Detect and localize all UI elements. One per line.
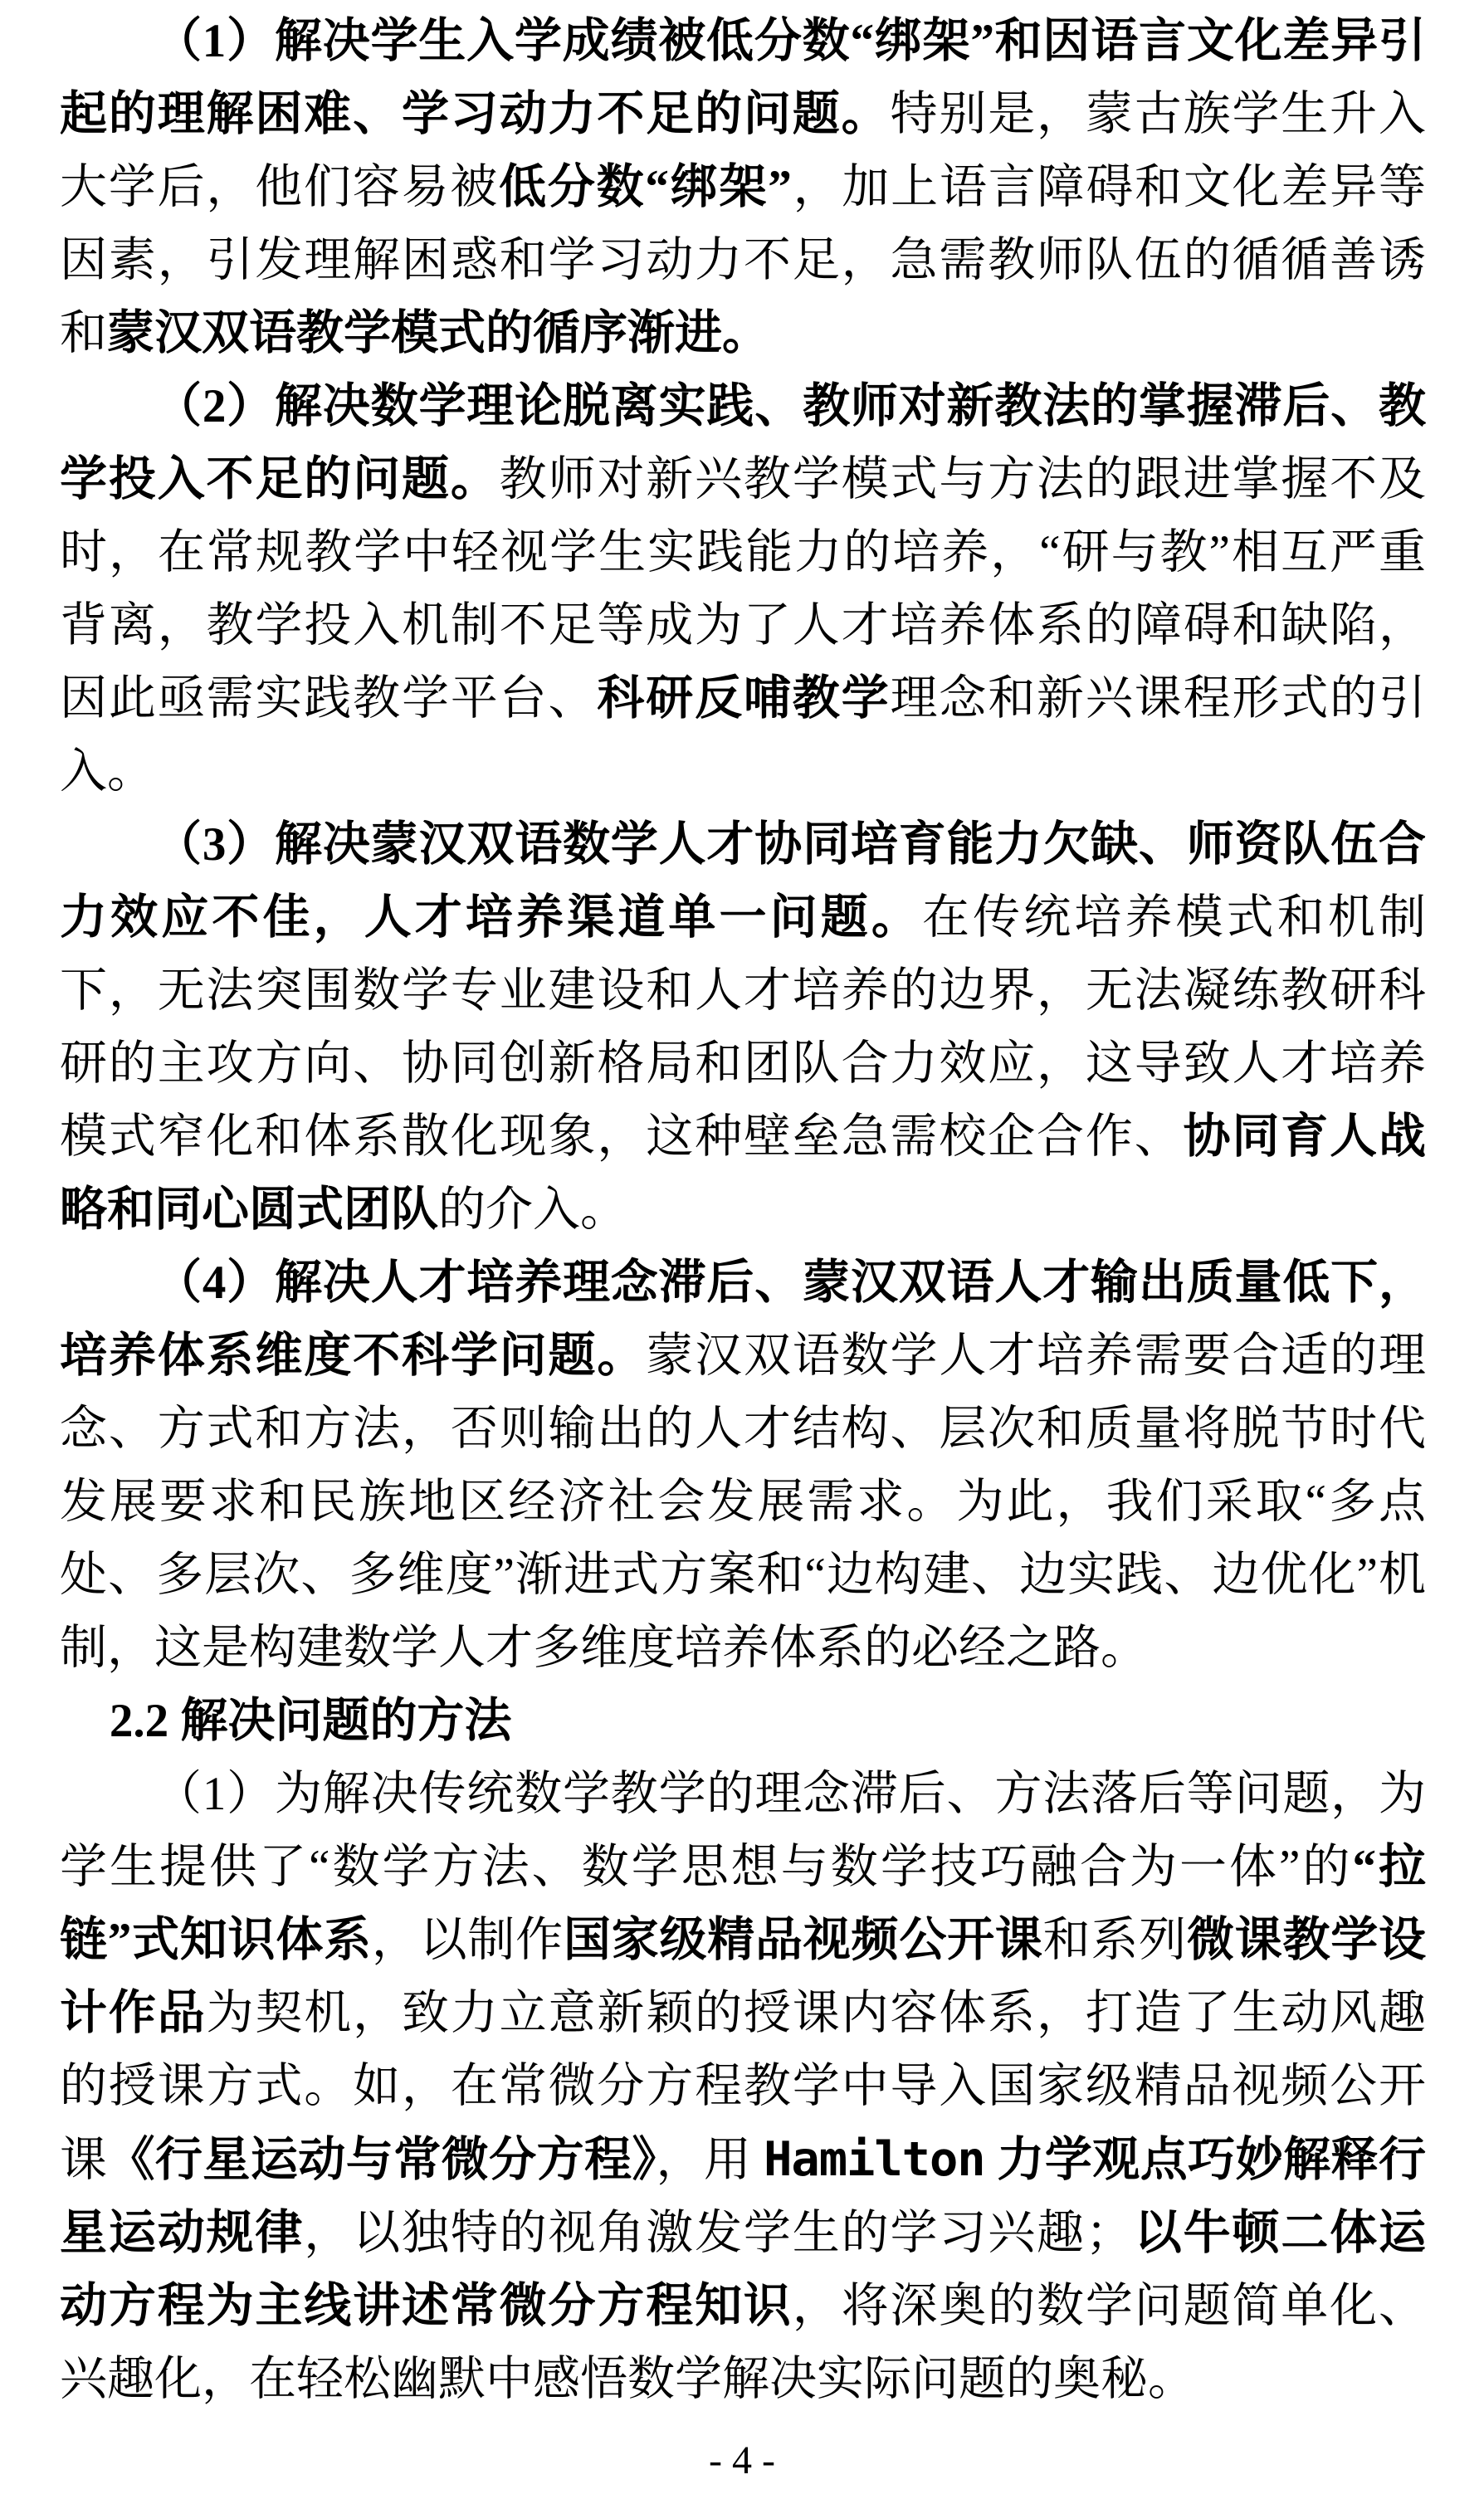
text-run: ，以制作 bbox=[372, 1914, 564, 1966]
paragraph-problem-2: （2）解决数学理论脱离实践、教师对新教法的掌握滞后、教学投入不足的问题。教师对新… bbox=[60, 370, 1426, 808]
page-number: - 4 - bbox=[0, 2436, 1484, 2486]
text-run: 的介入。 bbox=[438, 1184, 627, 1236]
text-run: 科研反哺教学 bbox=[597, 672, 890, 725]
text-run: 2.2 解决问题的方法 bbox=[110, 1695, 512, 1747]
document-body: （1）解决学生入学成绩被低分数“绑架”和因语言文化差异引起的理解困难、学习动力不… bbox=[60, 5, 1426, 2416]
text-run: （1）为解决传统数学教学的理念滞后、方法落后等问题，为学生提供了“数学方法、数学… bbox=[60, 1768, 1426, 1893]
section-heading-2-2: 2.2 解决问题的方法 bbox=[60, 1685, 1426, 1758]
text-run: ，用 bbox=[656, 2134, 764, 2186]
text-run: 和系列 bbox=[1043, 1914, 1187, 1966]
paragraph-problem-1: （1）解决学生入学成绩被低分数“绑架”和因语言文化差异引起的理解困难、学习动力不… bbox=[60, 5, 1426, 370]
text-run: 蒙汉双语教学模式的循序渐进。 bbox=[107, 307, 769, 359]
text-run: ，以独特的视角激发学生的学习兴趣； bbox=[304, 2207, 1133, 2259]
text-run: 《行星运动与常微分方程》 bbox=[107, 2134, 656, 2186]
text-run: 国家级精品视频公开课 bbox=[564, 1914, 1043, 1966]
paragraph-problem-4: （4）解决人才培养理念滞后、蒙汉双语人才输出质量低下，培养体系维度不科学问题。蒙… bbox=[60, 1247, 1426, 1685]
paragraph-problem-3: （3）解决蒙汉双语数学人才协同培育能力欠缺、师资队伍合力效应不佳，人才培养渠道单… bbox=[60, 808, 1426, 1247]
text-run: Hamilton bbox=[764, 2132, 985, 2187]
document-page: （1）解决学生入学成绩被低分数“绑架”和因语言文化差异引起的理解困难、学习动力不… bbox=[0, 0, 1484, 2499]
text-run: 低分数“绑架” bbox=[499, 161, 792, 213]
paragraph-method-1: （1）为解决传统数学教学的理念滞后、方法落后等问题，为学生提供了“数学方法、数学… bbox=[60, 1758, 1426, 2416]
